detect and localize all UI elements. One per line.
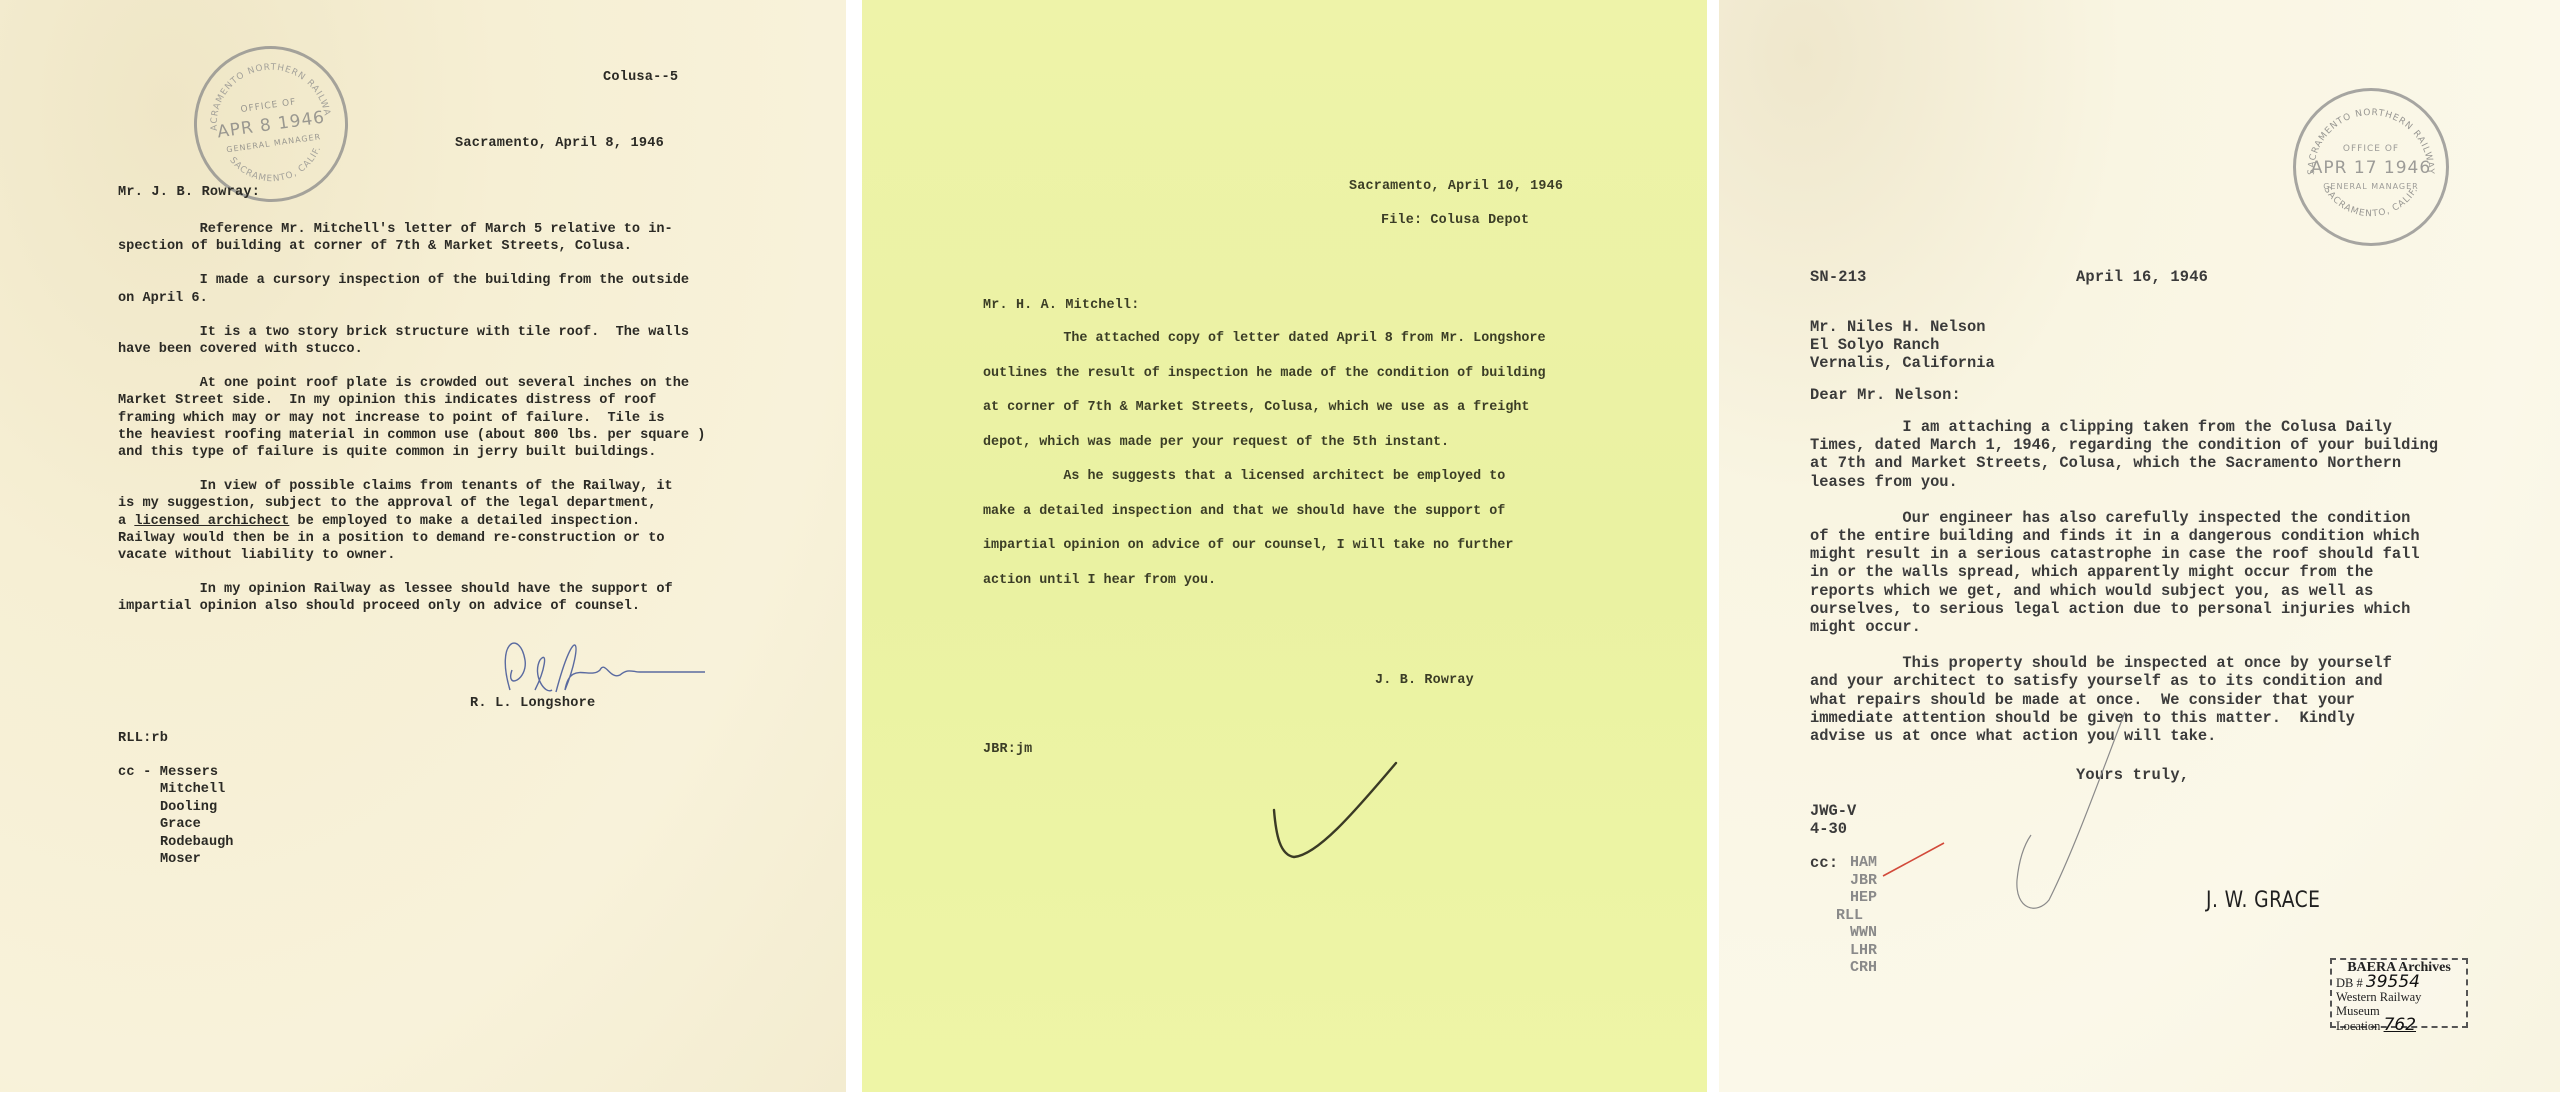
paragraph: The attached copy of letter dated April … — [983, 322, 1546, 460]
text-line: at corner of 7th & Market Streets, Colus… — [983, 391, 1546, 426]
text-line: immediate attention should be given to t… — [1810, 709, 2438, 727]
date-line: Sacramento, April 10, 1946 — [1349, 178, 1563, 195]
list-item: Mitchell — [160, 781, 233, 799]
text-line: This property should be inspected at onc… — [1810, 654, 2438, 672]
closing: Yours truly, — [2076, 766, 2189, 784]
text-line: impartial opinion also should proceed on… — [118, 598, 705, 615]
paragraph: In my opinion Railway as lessee should h… — [118, 581, 705, 615]
typed-signature: R. L. Longshore — [470, 695, 595, 712]
list-item: Moser — [160, 851, 233, 869]
recipient-address: Mr. Niles H. NelsonEl Solyo RanchVernali… — [1810, 318, 1995, 372]
text-line: In my opinion Railway as lessee should h… — [118, 581, 705, 598]
paragraph: I made a cursory inspection of the build… — [118, 272, 705, 306]
db-label: DB # — [2336, 976, 2363, 990]
paragraph: In view of possible claims from tenants … — [118, 478, 705, 564]
text-line: is my suggestion, subject to the approva… — [118, 495, 705, 512]
text-line: what repairs should be made at once. We … — [1810, 691, 2438, 709]
paragraph: It is a two story brick structure with t… — [118, 324, 705, 358]
stamp-date: APR 17 1946 — [2311, 158, 2431, 178]
text-line: depot, which was made per your request o… — [983, 426, 1546, 461]
list-item: Dooling — [160, 799, 233, 817]
paragraph: I am attaching a clipping taken from the… — [1810, 418, 2438, 491]
text-line: spection of building at corner of 7th & … — [118, 238, 705, 255]
list-item: WWN — [1850, 924, 1877, 942]
typist-initials: JBR:jm — [983, 741, 1032, 758]
archive-org: Western Railway Museum — [2336, 990, 2462, 1018]
text-line: outlines the result of inspection he mad… — [983, 357, 1546, 392]
text-line: I am attaching a clipping taken from the… — [1810, 418, 2438, 436]
paragraph: Our engineer has also carefully inspecte… — [1810, 509, 2438, 636]
text-line: Railway would then be in a position to d… — [118, 530, 705, 547]
underlined-phrase: licensed archichect — [134, 514, 289, 529]
stamp-title: GENERAL MANAGER — [2323, 182, 2419, 191]
text-line: ourselves, to serious legal action due t… — [1810, 600, 2438, 618]
text-line: and this type of failure is quite common… — [118, 444, 705, 461]
text-line: vacate without liability to owner. — [118, 547, 705, 564]
text-line: of the entire building and finds it in a… — [1810, 527, 2438, 545]
text-line: Reference Mr. Mitchell's letter of March… — [118, 221, 705, 238]
list-item: 4-30 — [1810, 820, 1856, 838]
text-line: In view of possible claims from tenants … — [118, 478, 705, 495]
letter-page-rowray: Sacramento, April 10, 1946 File: Colusa … — [862, 0, 1707, 1092]
text-line: framing which may or may not increase to… — [118, 410, 705, 427]
text-line: have been covered with stucco. — [118, 341, 705, 358]
typed-signature: J. B. Rowray — [1375, 672, 1474, 689]
salutation: Mr. J. B. Rowray: — [118, 184, 260, 201]
location-number: 762 — [2384, 1015, 2416, 1035]
text-line: advise us at once what action you will t… — [1810, 727, 2438, 745]
list-item: LHR — [1850, 942, 1877, 960]
db-number: 39554 — [2366, 972, 2420, 992]
received-stamp: SACRAMENTO NORTHERN RAILWAY SACRAMENTO, … — [2293, 88, 2449, 246]
text-line: As he suggests that a licensed architect… — [983, 460, 1546, 495]
date-line: April 16, 1946 — [2076, 268, 2208, 286]
letter-body: I am attaching a clipping taken from the… — [1810, 418, 2438, 763]
list-item: Grace — [160, 816, 233, 834]
list-item: HEP — [1850, 889, 1877, 907]
text-line: action until I hear from you. — [983, 564, 1546, 599]
date-line: Sacramento, April 8, 1946 — [455, 135, 664, 152]
list-item: HAM — [1850, 854, 1877, 872]
paragraph: This property should be inspected at onc… — [1810, 654, 2438, 745]
text-line: and your architect to satisfy yourself a… — [1810, 672, 2438, 690]
list-item: Rodebaugh — [160, 834, 233, 852]
text-line: might occur. — [1810, 618, 2438, 636]
location-label: Location — [2336, 1019, 2380, 1033]
paragraph: At one point roof plate is crowded out s… — [118, 375, 705, 461]
letter-body: The attached copy of letter dated April … — [983, 322, 1546, 598]
text-line: in or the walls spread, which apparently… — [1810, 563, 2438, 581]
list-item: Vernalis, California — [1810, 354, 1995, 372]
file-reference: SN-213 — [1810, 268, 1867, 286]
text-line: impartial opinion on advice of our couns… — [983, 529, 1546, 564]
letter-body: Reference Mr. Mitchell's letter of March… — [118, 221, 705, 633]
letter-page-longshore: SACRAMENTO NORTHERN RAILWAY SACRAMENTO, … — [0, 0, 846, 1092]
text-line: reports which we get, and which would su… — [1810, 582, 2438, 600]
text-line: Market Street side. In my opinion this i… — [118, 392, 705, 409]
list-item: El Solyo Ranch — [1810, 336, 1995, 354]
salutation: Dear Mr. Nelson: — [1810, 386, 1961, 404]
typist-initials: JWG-V4-30 — [1810, 802, 1856, 838]
text-line: at 7th and Market Streets, Colusa, which… — [1810, 454, 2438, 472]
stamp-office: OFFICE OF — [2343, 144, 2399, 154]
text-line: on April 6. — [118, 290, 705, 307]
paragraph: As he suggests that a licensed architect… — [983, 460, 1546, 598]
archive-label: BAERA Archives DB # 39554 Western Railwa… — [2330, 958, 2468, 1028]
text-line: The attached copy of letter dated April … — [983, 322, 1546, 357]
text-line: leases from you. — [1810, 473, 2438, 491]
typist-initials: RLL:rb — [118, 730, 168, 747]
list-item: CRH — [1850, 959, 1877, 977]
list-item: Mr. Niles H. Nelson — [1810, 318, 1995, 336]
text-line: It is a two story brick structure with t… — [118, 324, 705, 341]
list-item: JWG-V — [1810, 802, 1856, 820]
letter-page-grace: SACRAMENTO NORTHERN RAILWAY SACRAMENTO, … — [1719, 0, 2560, 1092]
cc-list: MitchellDoolingGraceRodebaughMoser — [160, 781, 233, 869]
text-line: I made a cursory inspection of the build… — [118, 272, 705, 289]
text-line: make a detailed inspection and that we s… — [983, 495, 1546, 530]
cc-list: HAMJBRHEPRLLWWNLHRCRH — [1850, 854, 1877, 977]
text-line: a licensed archichect be employed to mak… — [118, 513, 705, 530]
cc-header: cc: — [1810, 854, 1838, 872]
list-item: RLL — [1836, 907, 1877, 925]
text-line: the heaviest roofing material in common … — [118, 427, 705, 444]
stamped-signature: J. W. GRACE — [2206, 888, 2320, 913]
file-line: File: Colusa Depot — [1381, 212, 1529, 229]
cc-header: cc - Messers — [118, 764, 218, 781]
text-line: At one point roof plate is crowded out s… — [118, 375, 705, 392]
salutation: Mr. H. A. Mitchell: — [983, 297, 1139, 314]
text-line: might result in a serious catastrophe in… — [1810, 545, 2438, 563]
text-line: Our engineer has also carefully inspecte… — [1810, 509, 2438, 527]
paragraph: Reference Mr. Mitchell's letter of March… — [118, 221, 705, 255]
list-item: JBR — [1850, 872, 1877, 890]
text-line: Times, dated March 1, 1946, regarding th… — [1810, 436, 2438, 454]
file-reference: Colusa--5 — [603, 69, 678, 86]
